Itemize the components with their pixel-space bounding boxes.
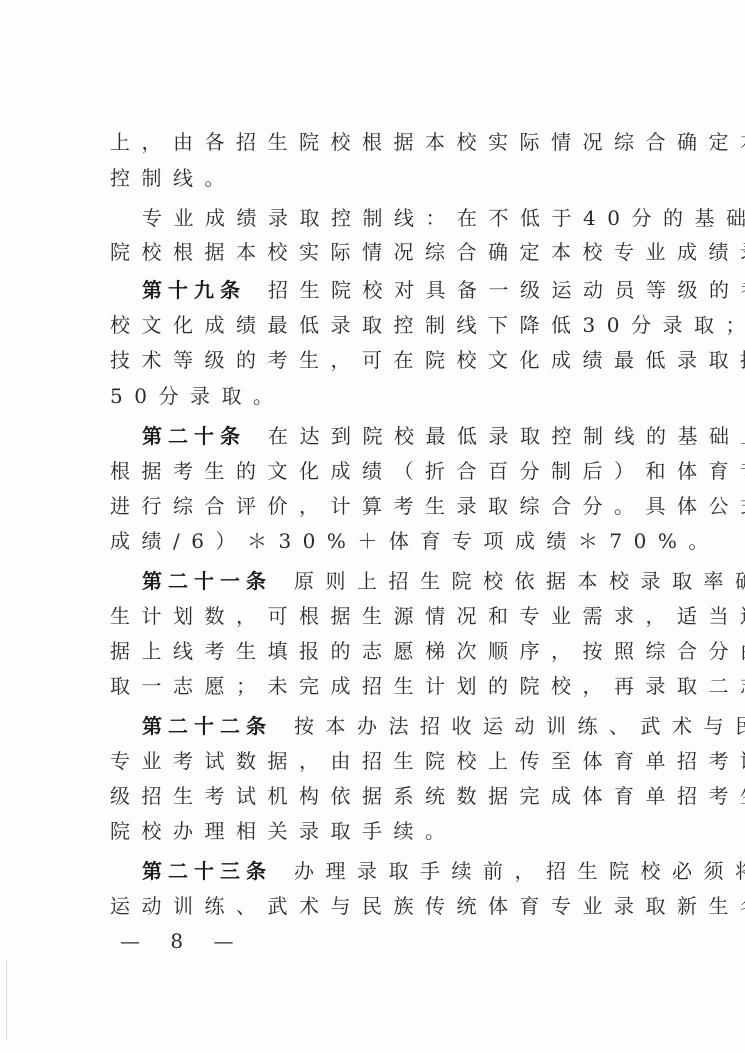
text-line: 控制线。 — [110, 165, 670, 191]
text-line: 校文化成绩最低录取控制线下降低30分录取；对具备运动健将 — [110, 312, 670, 338]
text-line: 运动训练、武术与民族传统体育专业录取新生名册》、招生计划 — [110, 893, 670, 919]
text-line: 原则上招生院校依据本校录取率确定分项目招 — [294, 569, 745, 593]
scan-edge — [6, 960, 7, 1040]
document-page: 上，由各招生院校根据本校实际情况综合确定本校文化成绩录取 控制线。 专业成绩录取… — [0, 0, 745, 1053]
text-line: 专业成绩录取控制线：在不低于40分的基础上，由各招生 — [142, 205, 702, 231]
text-line: 在达到院校最低录取控制线的基础上，各招生院校 — [268, 424, 745, 448]
text-line: 取一志愿；未完成招生计划的院校，再录取二志愿。 — [110, 673, 670, 699]
article-23-line: 第二十三条办理录取手续前，招生院校必须将《2018年 — [142, 858, 702, 884]
text-line: 50分录取。 — [110, 383, 670, 409]
text-line: 按本办法招收运动训练、武术与民族传统体育 — [294, 714, 745, 738]
article-heading: 第十九条 — [142, 278, 246, 302]
text-line: 根据考生的文化成绩（折合百分制后）和体育专项成绩3∶7的比例 — [110, 458, 670, 484]
article-21-line: 第二十一条原则上招生院校依据本校录取率确定分项目招 — [142, 568, 702, 594]
article-heading: 第二十一条 — [142, 569, 272, 593]
article-22-line: 第二十二条按本办法招收运动训练、武术与民族传统体育 — [142, 713, 702, 739]
article-heading: 第二十三条 — [142, 859, 272, 883]
text-line: 上，由各招生院校根据本校实际情况综合确定本校文化成绩录取 — [110, 129, 670, 155]
text-line: 生计划数，可根据生源情况和专业需求，适当进行调整。院校依 — [110, 603, 670, 629]
article-19-line: 第十九条招生院校对具备一级运动员等级的考生，可在院 — [142, 277, 702, 303]
text-line: 办理录取手续前，招生院校必须将《2018年 — [294, 859, 745, 883]
text-line: 专业考试数据，由招生院校上传至体育单招考试管理系统。各省 — [110, 748, 670, 774]
article-heading: 第二十二条 — [142, 714, 272, 738]
text-line: 院校办理相关录取手续。 — [110, 818, 670, 844]
page-number: — 8 — — [120, 929, 245, 953]
text-line: 招生院校对具备一级运动员等级的考生，可在院 — [268, 278, 745, 302]
article-heading: 第二十条 — [142, 424, 246, 448]
text-line: 成绩/6）＊30%＋体育专项成绩＊70%。 — [110, 528, 670, 554]
text-line: 级招生考试机构依据系统数据完成体育单招考生备案并协助招生 — [110, 783, 670, 809]
text-line: 据上线考生填报的志愿梯次顺序，按照综合分由高到低，优先录 — [110, 638, 670, 664]
text-line: 技术等级的考生，可在院校文化成绩最低录取控制线下降低 — [110, 347, 670, 373]
article-20-line: 第二十条在达到院校最低录取控制线的基础上，各招生院校 — [142, 423, 702, 449]
text-line: 院校根据本校实际情况综合确定本校专业成绩录取控制线。 — [110, 239, 670, 265]
text-line: 进行综合评价，计算考生录取综合分。具体公式：综合分＝（文化 — [110, 493, 670, 519]
